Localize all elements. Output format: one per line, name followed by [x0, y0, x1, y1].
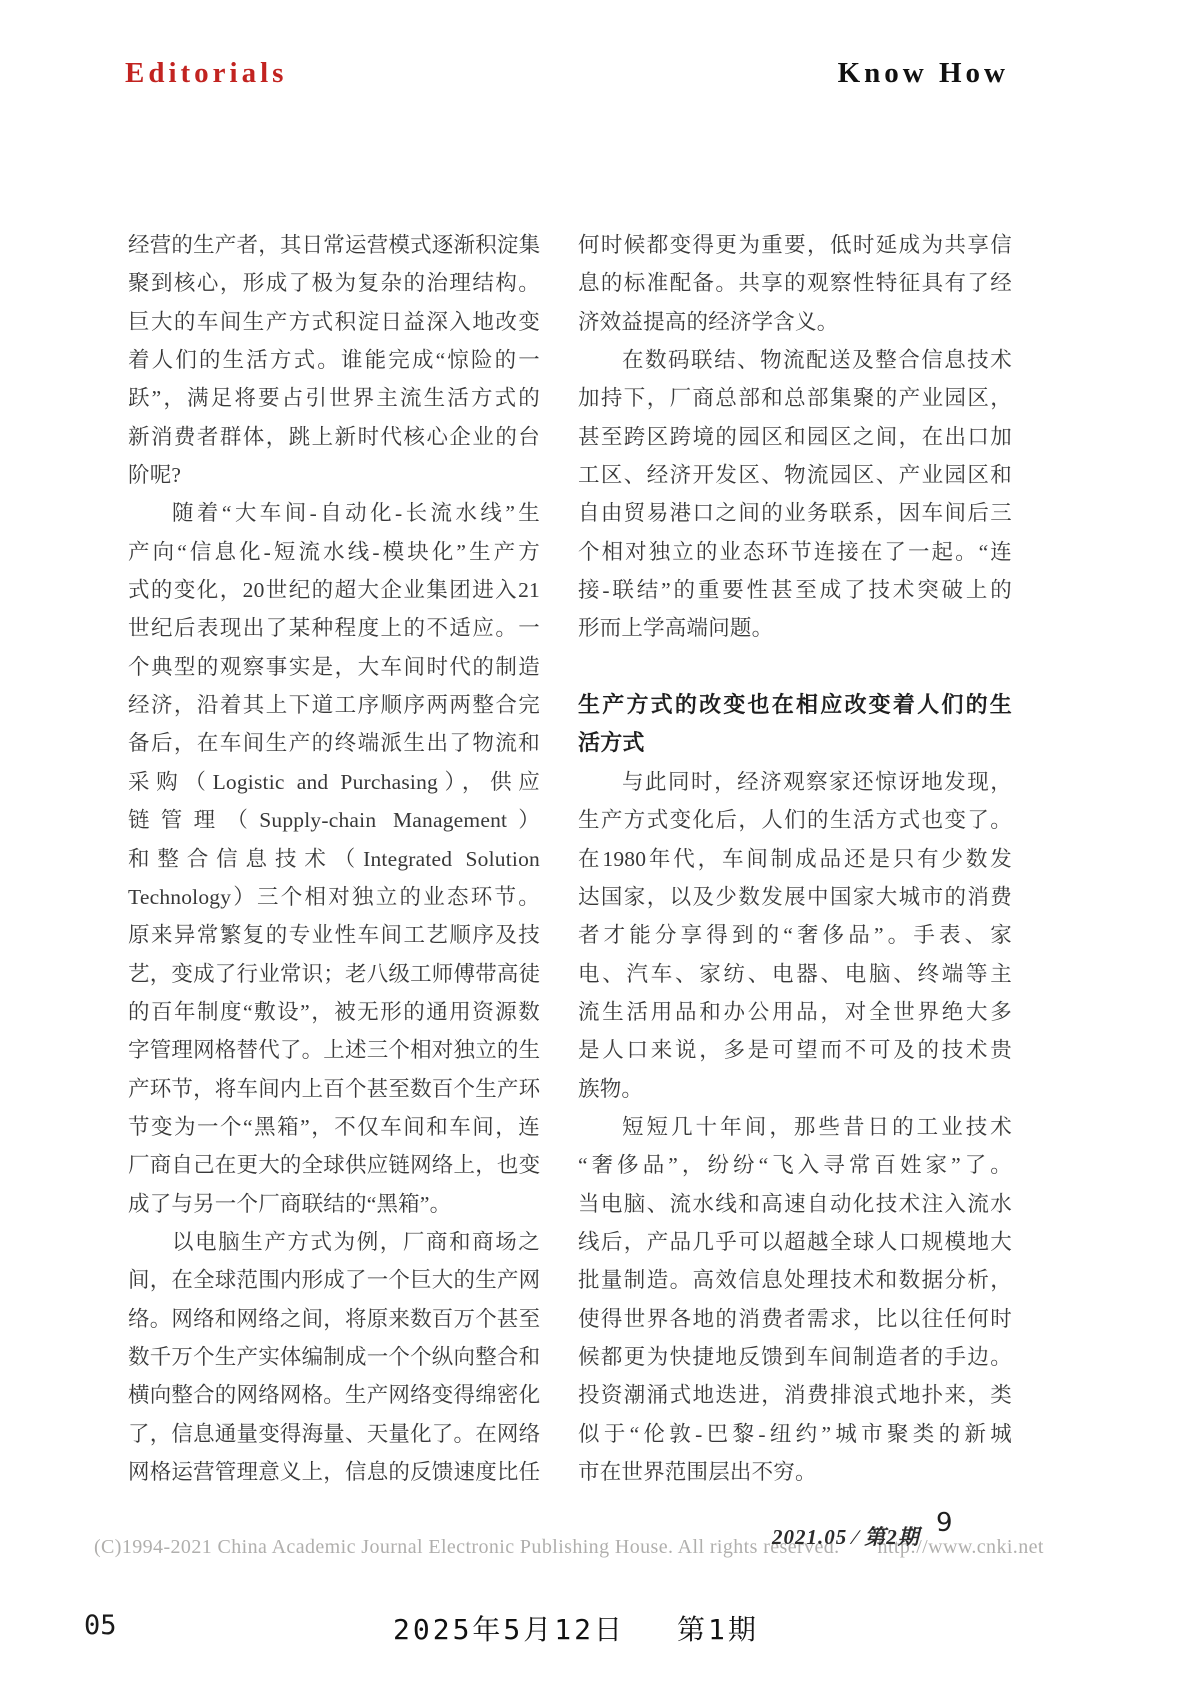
text-line: 厂商自己在更大的全球供应链网络上，也变 [128, 1146, 540, 1184]
text-line: 巨大的车间生产方式积淀日益深入地改变 [128, 303, 540, 341]
text-line: 生产方式变化后，人们的生活方式也变了。 [578, 801, 1012, 839]
text-line: 工区、经济开发区、物流园区、产业园区和 [578, 456, 1012, 494]
text-line: 聚到核心，形成了极为复杂的治理结构。 [128, 264, 540, 302]
text-line: 横向整合的网络网格。生产网络变得绵密化 [128, 1376, 540, 1414]
text-line: 络。网络和网络之间，将原来数百万个甚至 [128, 1300, 540, 1338]
text-line: 的百年制度“敷设”，被无形的通用资源数 [128, 993, 540, 1031]
text-line: 间，在全球范围内形成了一个巨大的生产网 [128, 1261, 540, 1299]
text-line: 达国家，以及少数发展中国家大城市的消费 [578, 878, 1012, 916]
section-heading-line: 活方式 [578, 724, 1012, 762]
footer-imprint: 2025年5月12日 第1期 [393, 1608, 759, 1648]
text-line: 息的标准配备。共享的观察性特征具有了经 [578, 264, 1012, 302]
footer-issue: 第1期 [677, 1608, 759, 1648]
text-line: 候都更为快捷地反馈到车间制造者的手边。 [578, 1338, 1012, 1376]
text-line: 似于“伦敦-巴黎-纽约”城市聚类的新城 [578, 1415, 1012, 1453]
text-line: 成了与另一个厂商联结的“黑箱”。 [128, 1185, 540, 1223]
footer-page-label: 05 [84, 1610, 117, 1641]
text-line: 和整合信息技术（Integrated Solution [128, 840, 540, 878]
text-line: 艺，变成了行业常识；老八级工师傅带高徒 [128, 955, 540, 993]
text-line: 经营的生产者，其日常运营模式逐渐积淀集 [128, 226, 540, 264]
text-line: 甚至跨区跨境的园区和园区之间，在出口加 [578, 418, 1012, 456]
text-line: 跃”，满足将要占引世界主流生活方式的 [128, 379, 540, 417]
text-line: 者才能分享得到的“奢侈品”。手表、家 [578, 916, 1012, 954]
text-line: 字管理网格替代了。上述三个相对独立的生 [128, 1031, 540, 1069]
text-line: 市在世界范围层出不穷。 [578, 1453, 1012, 1491]
text-line: 备后，在车间生产的终端派生出了物流和 [128, 724, 540, 762]
text-line: 阶呢? [128, 456, 540, 494]
text-line: 产环节，将车间内上百个甚至数百个生产环 [128, 1070, 540, 1108]
text-line: 批量制造。高效信息处理技术和数据分析， [578, 1261, 1012, 1299]
left-column: 经营的生产者，其日常运营模式逐渐积淀集聚到核心，形成了极为复杂的治理结构。巨大的… [128, 226, 540, 1491]
text-line: 原来异常繁复的专业性车间工艺顺序及技 [128, 916, 540, 954]
header-knowhow-label: Know How [838, 57, 1009, 90]
text-line: 以电脑生产方式为例，厂商和商场之 [128, 1223, 540, 1261]
footer-date: 2025年5月12日 [393, 1608, 625, 1648]
text-line: 在1980年代，车间制成品还是只有少数发 [578, 840, 1012, 878]
text-line: 是人口来说，多是可望而不可及的技术贵 [578, 1031, 1012, 1069]
text-line: 流生活用品和办公用品，对全世界绝大多 [578, 993, 1012, 1031]
text-line: 自由贸易港口之间的业务联系，因车间后三 [578, 494, 1012, 532]
text-line: 线后，产品几乎可以超越全球人口规模地大 [578, 1223, 1012, 1261]
text-line: 网格运营管理意义上，信息的反馈速度比任 [128, 1453, 540, 1491]
text-line: 新消费者群体，跳上新时代核心企业的台 [128, 418, 540, 456]
text-line: 短短几十年间，那些昔日的工业技术 [578, 1108, 1012, 1146]
text-line: 族物。 [578, 1070, 1012, 1108]
text-line: 何时候都变得更为重要，低时延成为共享信 [578, 226, 1012, 264]
text-line: 个相对独立的业态环节连接在了一起。“连 [578, 533, 1012, 571]
text-line: 接-联结”的重要性甚至成了技术突破上的 [578, 571, 1012, 609]
text-line: 使得世界各地的消费者需求，比以往任何时 [578, 1300, 1012, 1338]
text-line: 世纪后表现出了某种程度上的不适应。一 [128, 609, 540, 647]
text-line: 了，信息通量变得海量、天量化了。在网络 [128, 1415, 540, 1453]
text-line: 着人们的生活方式。谁能完成“惊险的一 [128, 341, 540, 379]
text-line: 节变为一个“黑箱”，不仅车间和车间，连 [128, 1108, 540, 1146]
header-editorials-label: Editorials [125, 57, 287, 90]
text-line: 形而上学高端问题。 [578, 609, 1012, 647]
text-line: 随着“大车间-自动化-长流水线”生 [128, 494, 540, 532]
text-line: 投资潮涌式地迭进，消费排浪式地扑来，类 [578, 1376, 1012, 1414]
section-heading-line: 生产方式的改变也在相应改变着人们的生 [578, 686, 1012, 724]
issue-reference: 2021.05 ∕ 第2期 [772, 1521, 920, 1551]
text-line: 电、汽车、家纺、电器、电脑、终端等主 [578, 955, 1012, 993]
page: { "header": { "left_label": "Editorials"… [0, 0, 1191, 1685]
text-line: 当电脑、流水线和高速自动化技术注入流水 [578, 1185, 1012, 1223]
text-line: 链管理（Supply-chain Management） [128, 801, 540, 839]
text-line: Technology）三个相对独立的业态环节。 [128, 878, 540, 916]
text-line: “奢侈品”，纷纷“飞入寻常百姓家”了。 [578, 1146, 1012, 1184]
text-line: 个典型的观察事实是，大车间时代的制造 [128, 648, 540, 686]
page-number: 9 [936, 1508, 953, 1538]
article-body: 经营的生产者，其日常运营模式逐渐积淀集聚到核心，形成了极为复杂的治理结构。巨大的… [128, 226, 1012, 1491]
text-line: 产向“信息化-短流水线-模块化”生产方 [128, 533, 540, 571]
right-column: 何时候都变得更为重要，低时延成为共享信息的标准配备。共享的观察性特征具有了经济效… [578, 226, 1012, 1491]
text-line: 采购（Logistic and Purchasing），供应 [128, 763, 540, 801]
copyright-text: (C)1994-2021 China Academic Journal Elec… [94, 1536, 840, 1559]
text-line: 济效益提高的经济学含义。 [578, 303, 1012, 341]
text-line: 经济，沿着其上下道工序顺序两两整合完 [128, 686, 540, 724]
text-line: 与此同时，经济观察家还惊讶地发现， [578, 763, 1012, 801]
text-line: 式的变化，20世纪的超大企业集团进入21 [128, 571, 540, 609]
text-line: 在数码联结、物流配送及整合信息技术 [578, 341, 1012, 379]
text-line: 数千万个生产实体编制成一个个纵向整合和 [128, 1338, 540, 1376]
text-line: 加持下，厂商总部和总部集聚的产业园区， [578, 379, 1012, 417]
